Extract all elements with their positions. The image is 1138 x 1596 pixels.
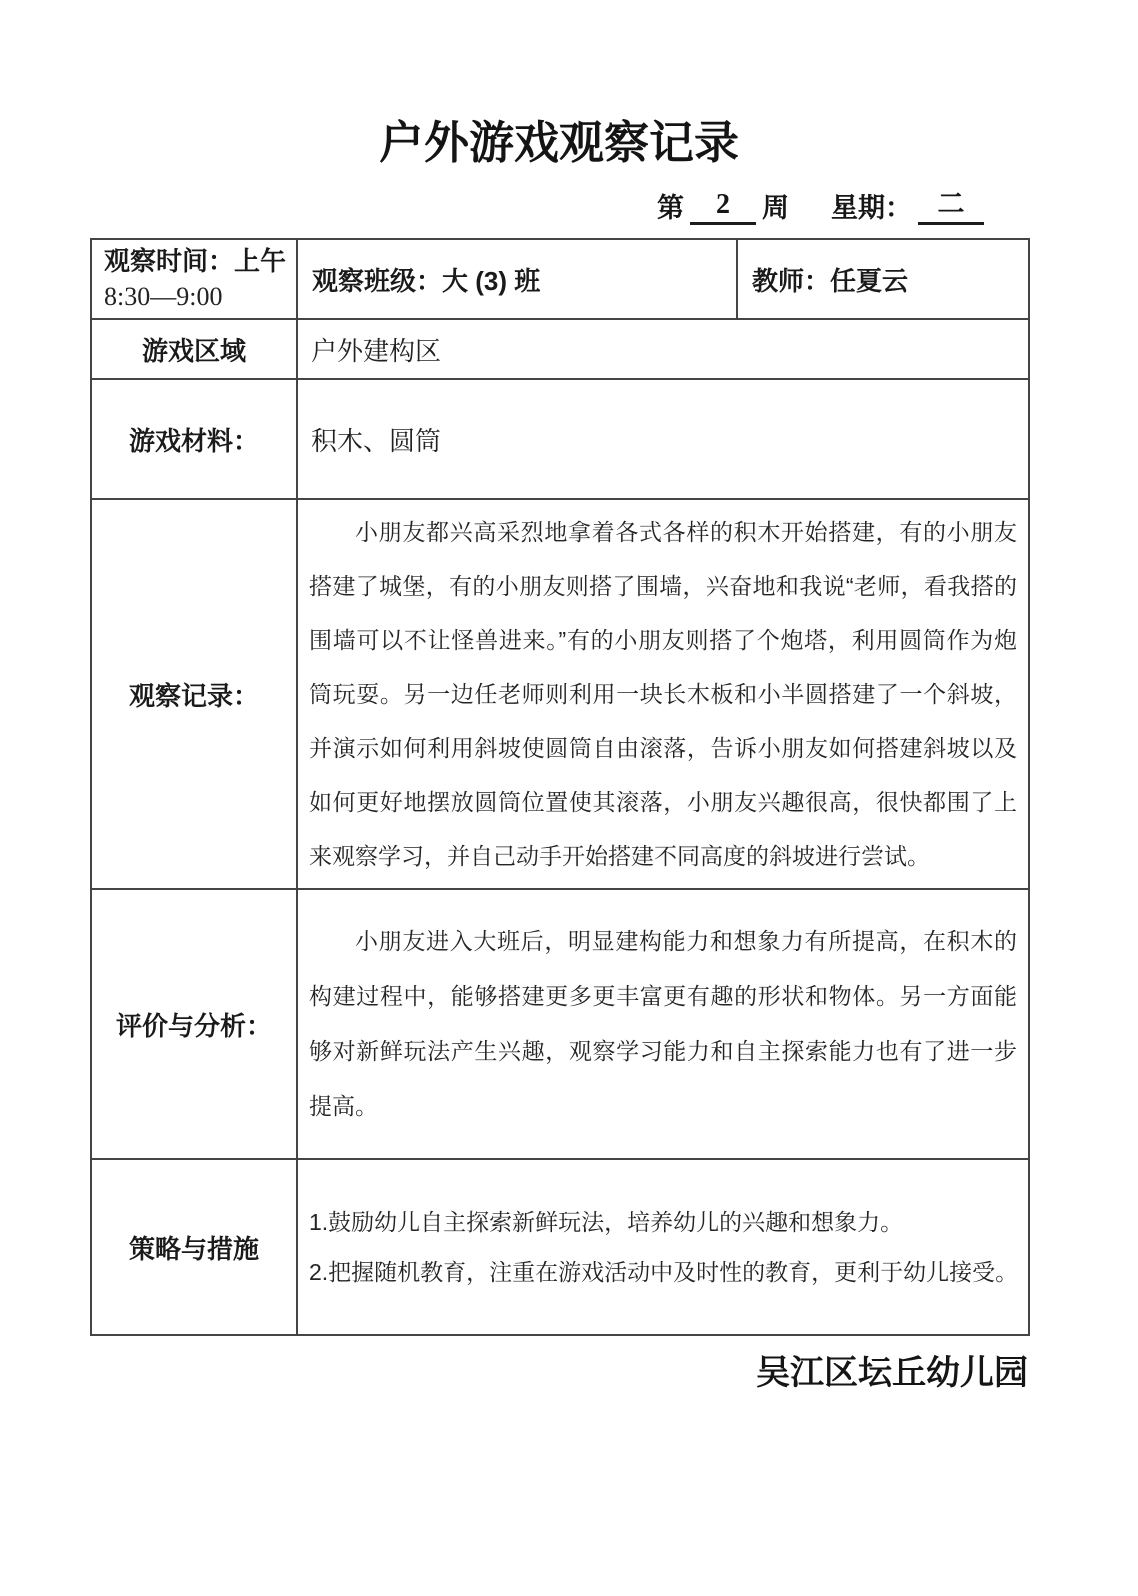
observe-class-cell: 观察班级：大 (3) 班 [297, 239, 737, 319]
teacher-cell: 教师：任夏云 [737, 239, 1029, 319]
game-materials-label: 游戏材料： [91, 379, 297, 499]
week-line: 第 2 周 星期： 二 [90, 182, 1028, 225]
observation-record-text: 小朋友都兴高采烈地拿着各式各样的积木开始搭建，有的小朋友搭建了城堡，有的小朋友则… [299, 505, 1027, 883]
kindergarten-name: 吴江区坛丘幼儿园 [90, 1345, 1028, 1394]
document-page: 户外游戏观察记录 第 2 周 星期： 二 观察时间：上午 8:30—9:00 观… [0, 0, 1138, 1596]
evaluation-cell: 小朋友进入大班后，明显建构能力和想象力有所提高，在积木的构建过程中，能够搭建更多… [297, 889, 1029, 1159]
strategy-item-2: 2.把握随机教育，注重在游戏活动中及时性的教育，更利于幼儿接受。 [299, 1247, 1027, 1297]
strategies-cell: 1.鼓励幼儿自主探索新鲜玩法，培养幼儿的兴趣和想象力。 2.把握随机教育，注重在… [297, 1159, 1029, 1335]
observe-time-value: 8:30—9:00 [104, 279, 290, 314]
page-title: 户外游戏观察记录 [90, 116, 1028, 170]
week-number-value: 2 [690, 189, 756, 225]
table-row-evaluation: 评价与分析： 小朋友进入大班后，明显建构能力和想象力有所提高，在积木的构建过程中… [91, 889, 1029, 1159]
strategies-label: 策略与措施 [91, 1159, 297, 1335]
table-row-header: 观察时间：上午 8:30—9:00 观察班级：大 (3) 班 教师：任夏云 [91, 239, 1029, 319]
table-row-observation-record: 观察记录： 小朋友都兴高采烈地拿着各式各样的积木开始搭建，有的小朋友搭建了城堡，… [91, 499, 1029, 889]
game-materials-value: 积木、圆筒 [297, 379, 1029, 499]
evaluation-text: 小朋友进入大班后，明显建构能力和想象力有所提高，在积木的构建过程中，能够搭建更多… [299, 914, 1027, 1134]
game-area-value: 户外建构区 [297, 319, 1029, 379]
observe-time-label: 观察时间：上午 [104, 244, 290, 279]
weekday-label: 星期： [831, 186, 912, 225]
weekday-value: 二 [918, 182, 984, 225]
evaluation-label: 评价与分析： [91, 889, 297, 1159]
game-area-label: 游戏区域 [91, 319, 297, 379]
week-suffix-label: 周 [762, 186, 789, 225]
document-content: 户外游戏观察记录 第 2 周 星期： 二 观察时间：上午 8:30—9:00 观… [90, 0, 1028, 1394]
table-row-game-area: 游戏区域 户外建构区 [91, 319, 1029, 379]
strategy-item-1: 1.鼓励幼儿自主探索新鲜玩法，培养幼儿的兴趣和想象力。 [299, 1197, 1027, 1247]
week-prefix-label: 第 [657, 186, 684, 225]
observation-record-label: 观察记录： [91, 499, 297, 889]
table-row-strategies: 策略与措施 1.鼓励幼儿自主探索新鲜玩法，培养幼儿的兴趣和想象力。 2.把握随机… [91, 1159, 1029, 1335]
observation-record-table: 观察时间：上午 8:30—9:00 观察班级：大 (3) 班 教师：任夏云 游戏… [90, 238, 1030, 1336]
observation-record-cell: 小朋友都兴高采烈地拿着各式各样的积木开始搭建，有的小朋友搭建了城堡，有的小朋友则… [297, 499, 1029, 889]
observe-time-cell: 观察时间：上午 8:30—9:00 [91, 239, 297, 319]
table-row-game-materials: 游戏材料： 积木、圆筒 [91, 379, 1029, 499]
